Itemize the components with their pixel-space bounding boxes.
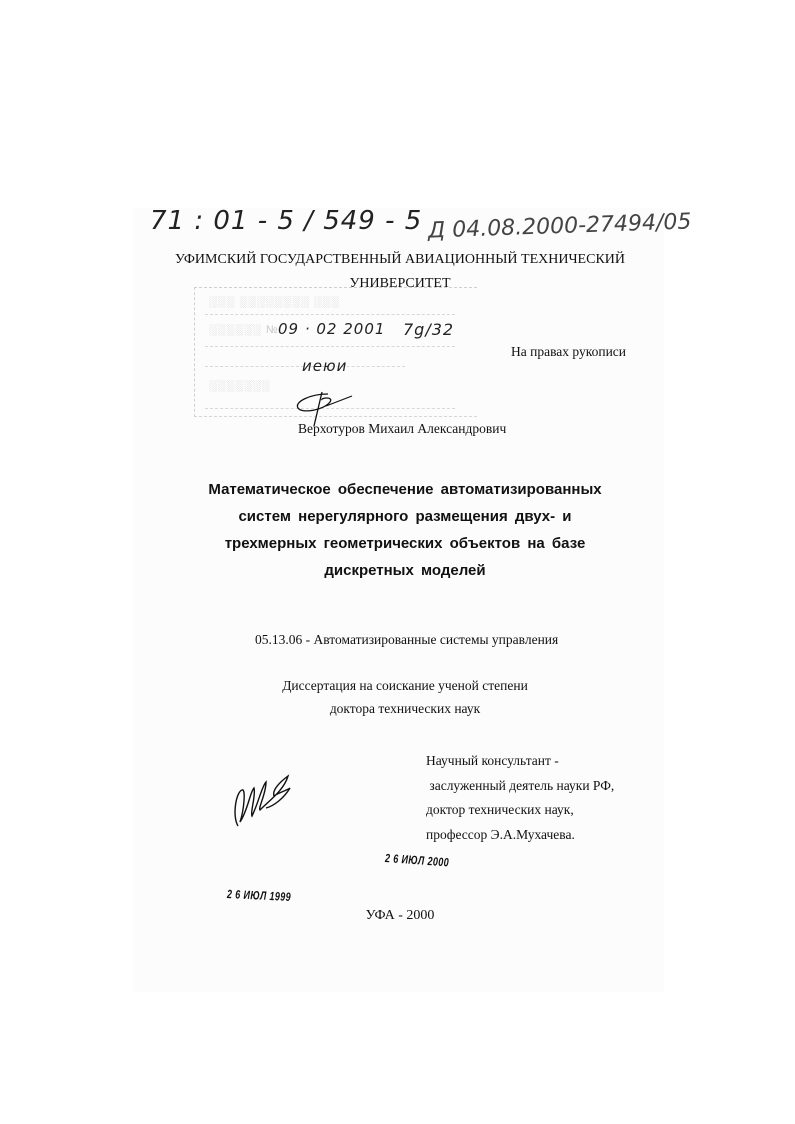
consultant-line: доктор технических наук, [426,798,614,823]
title-line: Математическое обеспечение автоматизиров… [170,476,640,503]
degree-line1: Диссертация на соискание ученой степени [200,678,610,694]
title-line: трехмерных геометрических объектов на ба… [170,530,640,557]
stamp-faded-text: ░░░ ░░░░░░░░ ░░░ [209,296,340,308]
manuscript-rights-label: На правах рукописи [511,344,626,360]
stamp-handwritten-date: 09 · 02 2001 [278,320,385,338]
consultant-line: Научный консультант - [426,749,614,774]
stamp-line [205,346,455,347]
specialty-code: 05.13.06 - Автоматизированные системы уп… [255,632,558,648]
author-signature-icon [228,770,298,830]
consultant-line: профессор Э.А.Мухачева. [426,823,614,848]
city-year: УФА - 2000 [300,908,500,924]
consultant-line: заслуженный деятель науки РФ, [426,774,614,799]
author-name: Верхотуров Михаил Александрович [298,421,506,437]
stamp-handwritten-number: 7g/32 [403,320,454,339]
stamp-line [205,314,455,315]
title-line: систем нерегулярного размещения двух- и [170,503,640,530]
dissertation-title: Математическое обеспечение автоматизиров… [170,476,640,584]
university-name-line1: УФИМСКИЙ ГОСУДАРСТВЕННЫЙ АВИАЦИОННЫЙ ТЕХ… [150,252,650,268]
approval-date-stamp: 2 6 ИЮЛ 1999 [227,887,291,904]
stamp-faded-text: ░░░░░░░ [209,380,271,392]
degree-line2: доктора технических наук [200,701,610,717]
stamp-handwritten-note: иеюи [302,357,347,375]
title-line: дискретных моделей [170,557,640,584]
scientific-consultant: Научный консультант - заслуженный деятел… [426,749,614,847]
handwritten-catalog-number: 71 : 01 - 5 / 549 - 5 [150,206,422,236]
stamp-faded-text: ░░░░░░ № [209,324,279,336]
